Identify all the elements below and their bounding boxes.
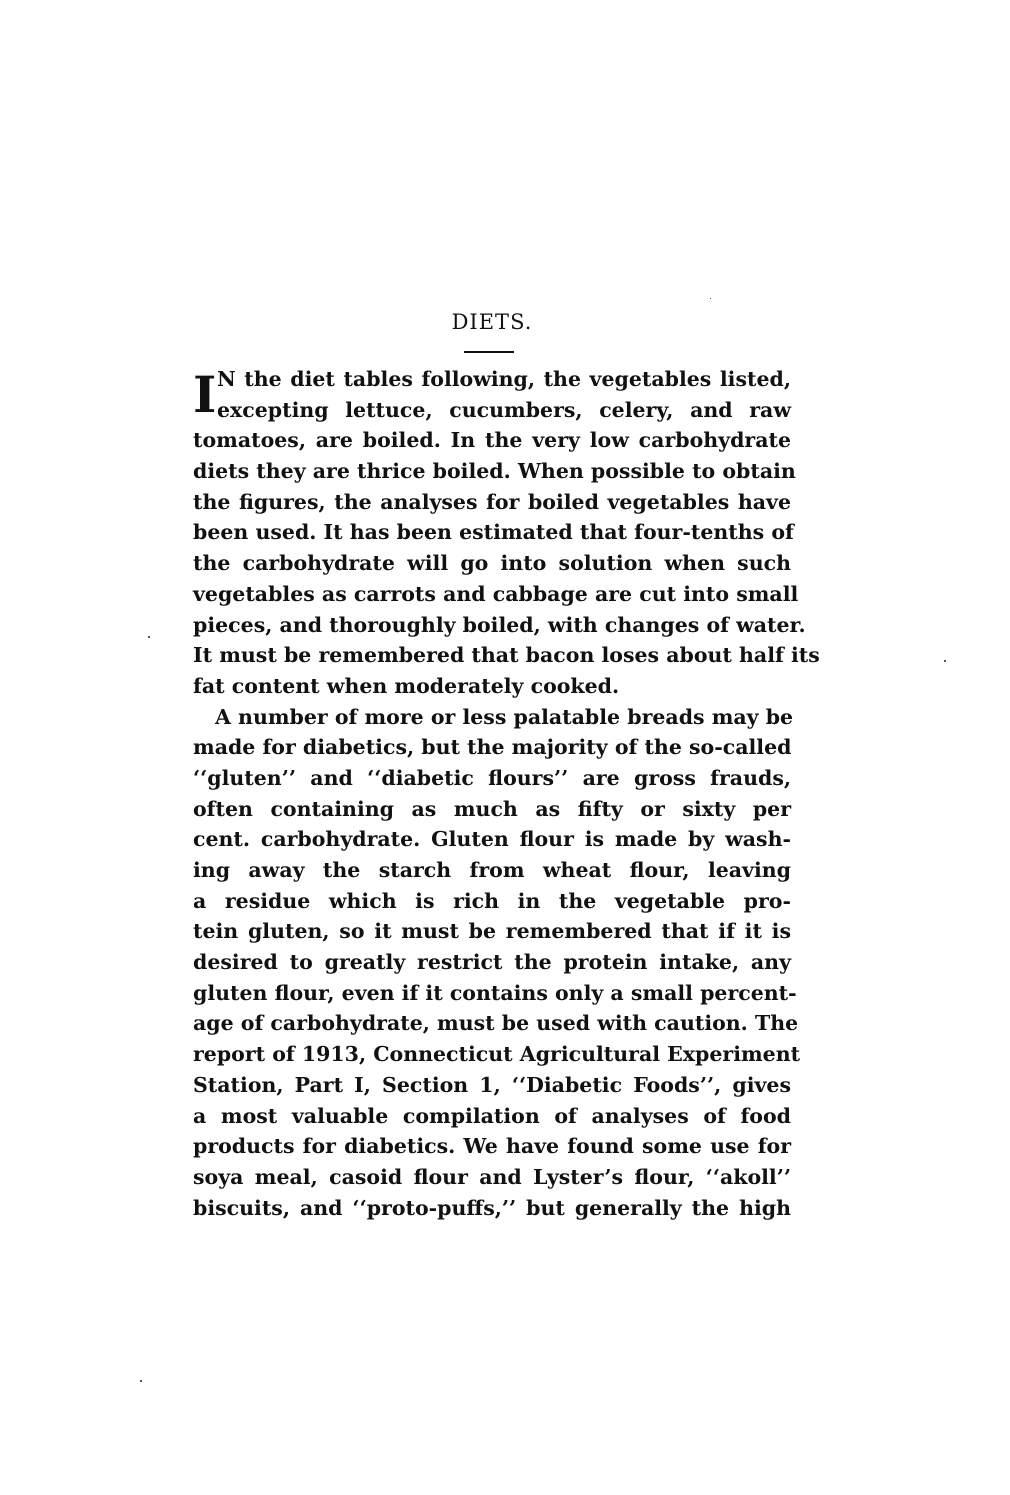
paragraph-2: A number of more or less palatable bread…	[193, 702, 791, 1224]
text-line: pieces, and thoroughly boiled, with chan…	[193, 610, 791, 641]
text-line: tein gluten, so it must be remembered th…	[193, 916, 791, 947]
body-text: I N the diet tables following, the veget…	[193, 364, 791, 1223]
text-line: tomatoes, are boiled. In the very low ca…	[193, 425, 791, 456]
text-line: vegetables as carrots and cabbage are cu…	[193, 579, 791, 610]
text-line: soya meal, casoid flour and Lyster’s flo…	[193, 1162, 791, 1193]
text-line: gluten flour, even if it contains only a…	[193, 978, 791, 1009]
text-line: excepting lettuce, cucumbers, celery, an…	[193, 395, 791, 426]
text-line: ing away the starch from wheat flour, le…	[193, 855, 791, 886]
text-line: age of carbohydrate, must be used with c…	[193, 1008, 791, 1039]
scan-speck	[710, 298, 711, 299]
scan-speck	[944, 660, 946, 662]
page-title: DIETS.	[193, 310, 791, 334]
text-line: Station, Part I, Section 1, ‘‘Diabetic F…	[193, 1070, 791, 1101]
text-line: often containing as much as fifty or six…	[193, 794, 791, 825]
text-line: A number of more or less palatable bread…	[193, 702, 791, 733]
text-line: a most valuable compilation of analyses …	[193, 1101, 791, 1132]
text-line: report of 1913, Connecticut Agricultural…	[193, 1039, 791, 1070]
scan-speck	[148, 636, 150, 638]
text-line: biscuits, and ‘‘proto-puffs,’’ but gener…	[193, 1193, 791, 1224]
text-line: desired to greatly restrict the protein …	[193, 947, 791, 978]
text-line: diets they are thrice boiled. When possi…	[193, 456, 791, 487]
drop-cap-letter: I	[193, 370, 216, 420]
text-line: cent. carbohydrate. Gluten flour is made…	[193, 824, 791, 855]
title-rule-divider	[464, 351, 514, 353]
text-line: the figures, the analyses for boiled veg…	[193, 487, 791, 518]
paragraph-1: N the diet tables following, the vegetab…	[193, 364, 791, 702]
text-line: products for diabetics. We have found so…	[193, 1131, 791, 1162]
text-line: been used. It has been estimated that fo…	[193, 517, 791, 548]
text-line: the carbohydrate will go into solution w…	[193, 548, 791, 579]
text-line: ‘‘gluten’’ and ‘‘diabetic flours’’ are g…	[193, 763, 791, 794]
text-line: fat content when moderately cooked.	[193, 671, 791, 702]
text-line: N the diet tables following, the vegetab…	[193, 364, 791, 395]
text-line: It must be remembered that bacon loses a…	[193, 640, 791, 671]
scan-speck	[140, 1380, 142, 1382]
text-line: a residue which is rich in the vegetable…	[193, 886, 791, 917]
text-line: made for diabetics, but the majority of …	[193, 732, 791, 763]
